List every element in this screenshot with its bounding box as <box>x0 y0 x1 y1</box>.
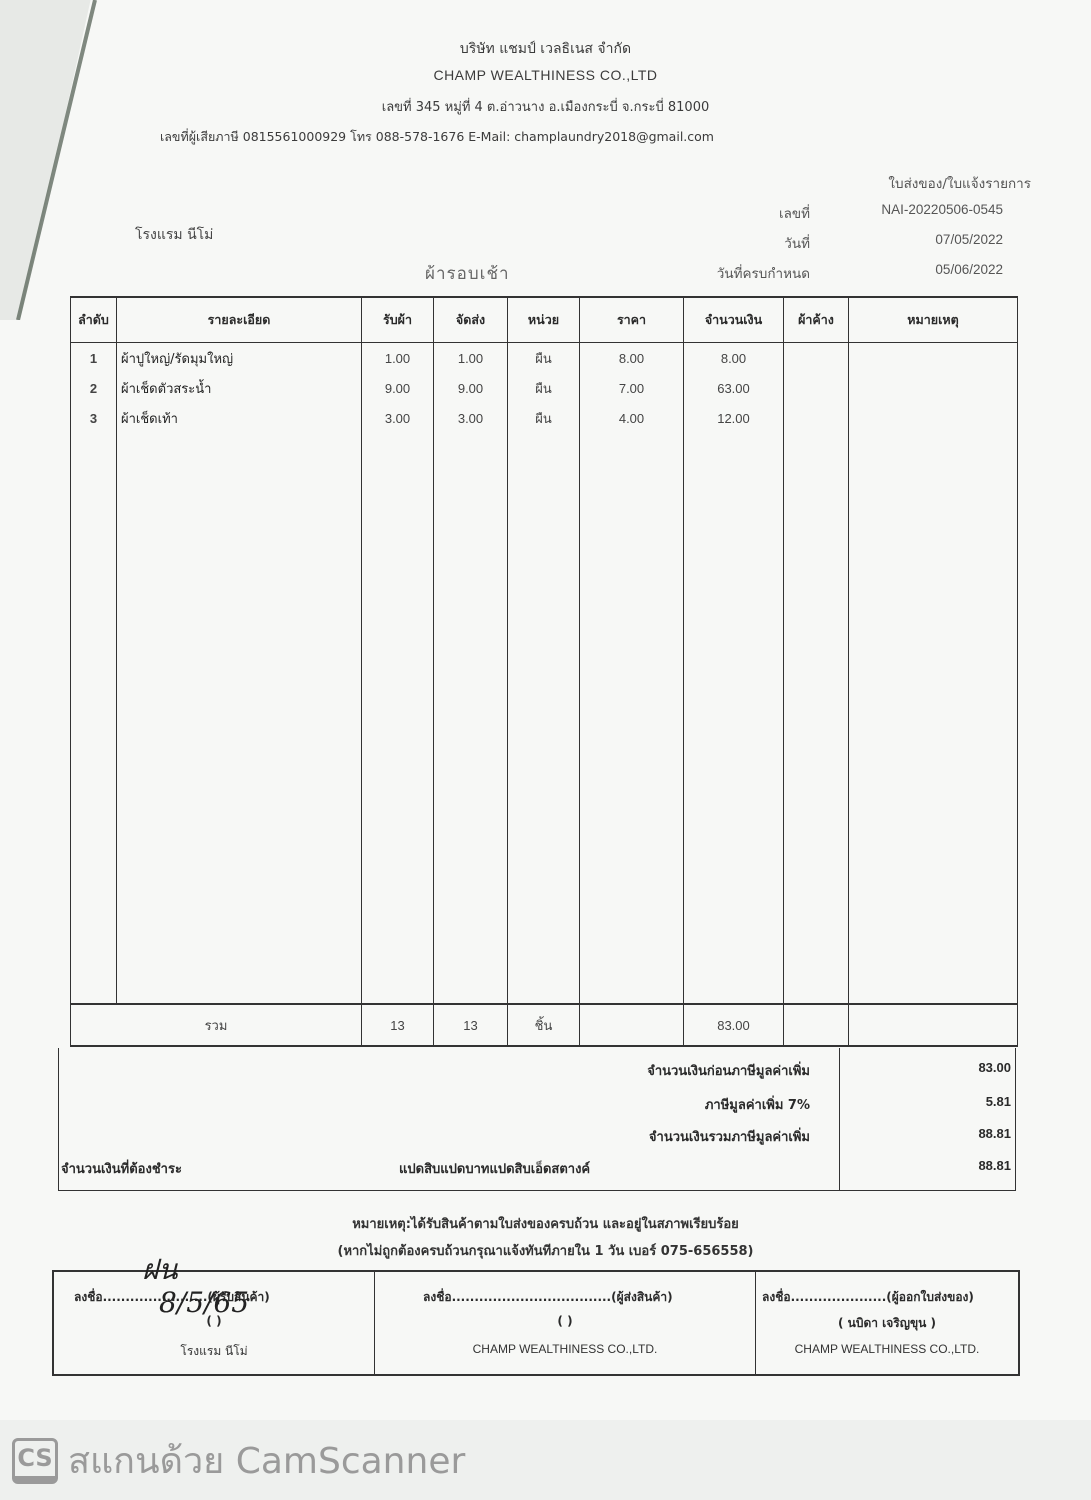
item-no: 1 <box>71 343 117 374</box>
subtotal-row: จำนวนเงินก่อนภาษีมูลค่าเพิ่ม 83.00 <box>59 1060 1015 1090</box>
item-description: ผ้าเช็ดตัวสระน้ำ <box>117 373 362 403</box>
vat-label: ภาษีมูลค่าเพิ่ม 7% <box>705 1094 810 1115</box>
item-delivered: 1.00 <box>434 343 508 374</box>
item-received: 9.00 <box>362 373 434 403</box>
item-no: 2 <box>71 373 117 403</box>
header-amount: จำนวนเงิน <box>684 297 784 343</box>
handwritten-date: 8/5/65 <box>159 1286 249 1319</box>
table-total-row: รวม 13 13 ชิ้น 83.00 <box>71 1004 1018 1046</box>
header-remark: หมายเหตุ <box>849 297 1018 343</box>
signature-section: ลงชื่อ.......................(ผู้รับสินค… <box>52 1270 1020 1376</box>
company-name-thai: บริษัท แชมป์ เวลธิเนส จำกัด <box>0 38 1091 60</box>
item-received: 1.00 <box>362 343 434 374</box>
company-address: เลขที่ 345 หมู่ที่ 4 ต.อ่าวนาง อ.เมืองกร… <box>0 96 1091 117</box>
item-remark <box>849 403 1018 433</box>
service-type: ผ้ารอบเช้า <box>425 260 510 287</box>
issuer-signature-box: ลงชื่อ.....................(ผู้ออกใบส่งข… <box>756 1272 1018 1374</box>
item-pending <box>784 403 849 433</box>
doc-date-label: วันที่ <box>670 232 810 254</box>
payable-value: 88.81 <box>978 1158 1011 1173</box>
item-description: ผ้าปูใหญ่/รัดมุมใหญ่ <box>117 343 362 374</box>
subtotal-label: จำนวนเงินก่อนภาษีมูลค่าเพิ่ม <box>647 1060 810 1081</box>
item-pending <box>784 343 849 374</box>
items-table: ลำดับ รายละเอียด รับผ้า จัดส่ง หน่วย ราค… <box>70 296 1018 1047</box>
item-delivered: 3.00 <box>434 403 508 433</box>
table-row: 2ผ้าเช็ดตัวสระน้ำ9.009.00ผืน7.0063.00 <box>71 373 1018 403</box>
issuer-sign-line: ลงชื่อ.....................(ผู้ออกใบส่งข… <box>762 1288 974 1307</box>
item-received: 3.00 <box>362 403 434 433</box>
header-pending: ผ้าค้าง <box>784 297 849 343</box>
total-amount: 83.00 <box>684 1004 784 1046</box>
payable-row: จำนวนเงินที่ต้องชำระ แปดสิบแปดบาทแปดสิบเ… <box>59 1158 1015 1188</box>
company-contact: เลขที่ผู้เสียภาษี 0815561000929 โทร 088-… <box>160 127 714 147</box>
camscanner-watermark: CS สแกนด้วย CamScanner <box>12 1432 465 1489</box>
doc-number-label: เลขที่ <box>670 202 810 224</box>
header-price: ราคา <box>580 297 684 343</box>
grand-total-row: จำนวนเงินรวมภาษีมูลค่าเพิ่ม 88.81 <box>59 1126 1015 1156</box>
table-empty-space <box>71 433 1018 1004</box>
header-description: รายละเอียด <box>117 297 362 343</box>
total-label: รวม <box>71 1004 362 1046</box>
header-delivered: จัดส่ง <box>434 297 508 343</box>
item-unit: ผืน <box>508 403 580 433</box>
vat-row: ภาษีมูลค่าเพิ่ม 7% 5.81 <box>59 1094 1015 1124</box>
issuer-name-parens: ( นบิดา เจริญขุน ) <box>756 1314 1018 1333</box>
item-price: 8.00 <box>580 343 684 374</box>
subtotal-value: 83.00 <box>978 1060 1011 1075</box>
doc-date: 07/05/2022 <box>935 232 1003 247</box>
sender-org: CHAMP WEALTHINESS CO.,LTD. <box>375 1342 755 1356</box>
item-unit: ผืน <box>508 373 580 403</box>
receiver-signature-box: ลงชื่อ.......................(ผู้รับสินค… <box>54 1272 375 1374</box>
item-no: 3 <box>71 403 117 433</box>
issuer-org: CHAMP WEALTHINESS CO.,LTD. <box>756 1342 1018 1356</box>
customer-name: โรงแรม นีโม่ <box>135 224 213 246</box>
total-delivered: 13 <box>434 1004 508 1046</box>
grand-total-label: จำนวนเงินรวมภาษีมูลค่าเพิ่ม <box>649 1126 810 1147</box>
payable-label: จำนวนเงินที่ต้องชำระ <box>61 1158 182 1179</box>
item-remark <box>849 343 1018 374</box>
table-header-row: ลำดับ รายละเอียด รับผ้า จัดส่ง หน่วย ราค… <box>71 297 1018 343</box>
item-description: ผ้าเช็ดเท้า <box>117 403 362 433</box>
summary-box: จำนวนเงินก่อนภาษีมูลค่าเพิ่ม 83.00 ภาษีม… <box>58 1048 1016 1191</box>
watermark-text: สแกนด้วย CamScanner <box>68 1432 465 1489</box>
scanned-page: บริษัท แชมป์ เวลธิเนส จำกัด CHAMP WEALTH… <box>0 0 1091 1420</box>
item-remark <box>849 373 1018 403</box>
company-name-english: CHAMP WEALTHINESS CO.,LTD <box>0 67 1091 83</box>
receiver-org: โรงแรม นีโม่ <box>54 1342 374 1361</box>
due-date: 05/06/2022 <box>935 262 1003 277</box>
sender-name-parens: ( ) <box>375 1314 755 1328</box>
doc-number: NAI-20220506-0545 <box>881 202 1003 217</box>
item-delivered: 9.00 <box>434 373 508 403</box>
table-row: 1ผ้าปูใหญ่/รัดมุมใหญ่1.001.00ผืน8.008.00 <box>71 343 1018 374</box>
payable-in-words: แปดสิบแปดบาทแปดสิบเอ็ดสตางค์ <box>399 1158 590 1179</box>
item-price: 7.00 <box>580 373 684 403</box>
camscanner-logo-icon: CS <box>12 1438 58 1484</box>
sender-signature-box: ลงชื่อ..................................… <box>375 1272 756 1374</box>
grand-total-value: 88.81 <box>978 1126 1011 1141</box>
table-row: 3ผ้าเช็ดเท้า3.003.00ผืน4.0012.00 <box>71 403 1018 433</box>
item-unit: ผืน <box>508 343 580 374</box>
document-title: ใบส่งของ/ใบแจ้งรายการ <box>888 172 1031 194</box>
item-pending <box>784 373 849 403</box>
receipt-note: หมายเหตุ:ได้รับสินค้าตามใบส่งของครบถ้วน … <box>0 1213 1091 1234</box>
due-date-label: วันที่ครบกำหนด <box>670 262 810 284</box>
item-price: 4.00 <box>580 403 684 433</box>
item-amount: 8.00 <box>684 343 784 374</box>
header-received: รับผ้า <box>362 297 434 343</box>
total-received: 13 <box>362 1004 434 1046</box>
header-unit: หน่วย <box>508 297 580 343</box>
header-no: ลำดับ <box>71 297 117 343</box>
item-amount: 63.00 <box>684 373 784 403</box>
item-amount: 12.00 <box>684 403 784 433</box>
total-unit: ชิ้น <box>508 1004 580 1046</box>
sender-sign-line: ลงชื่อ..................................… <box>423 1288 673 1307</box>
vat-value: 5.81 <box>986 1094 1011 1109</box>
